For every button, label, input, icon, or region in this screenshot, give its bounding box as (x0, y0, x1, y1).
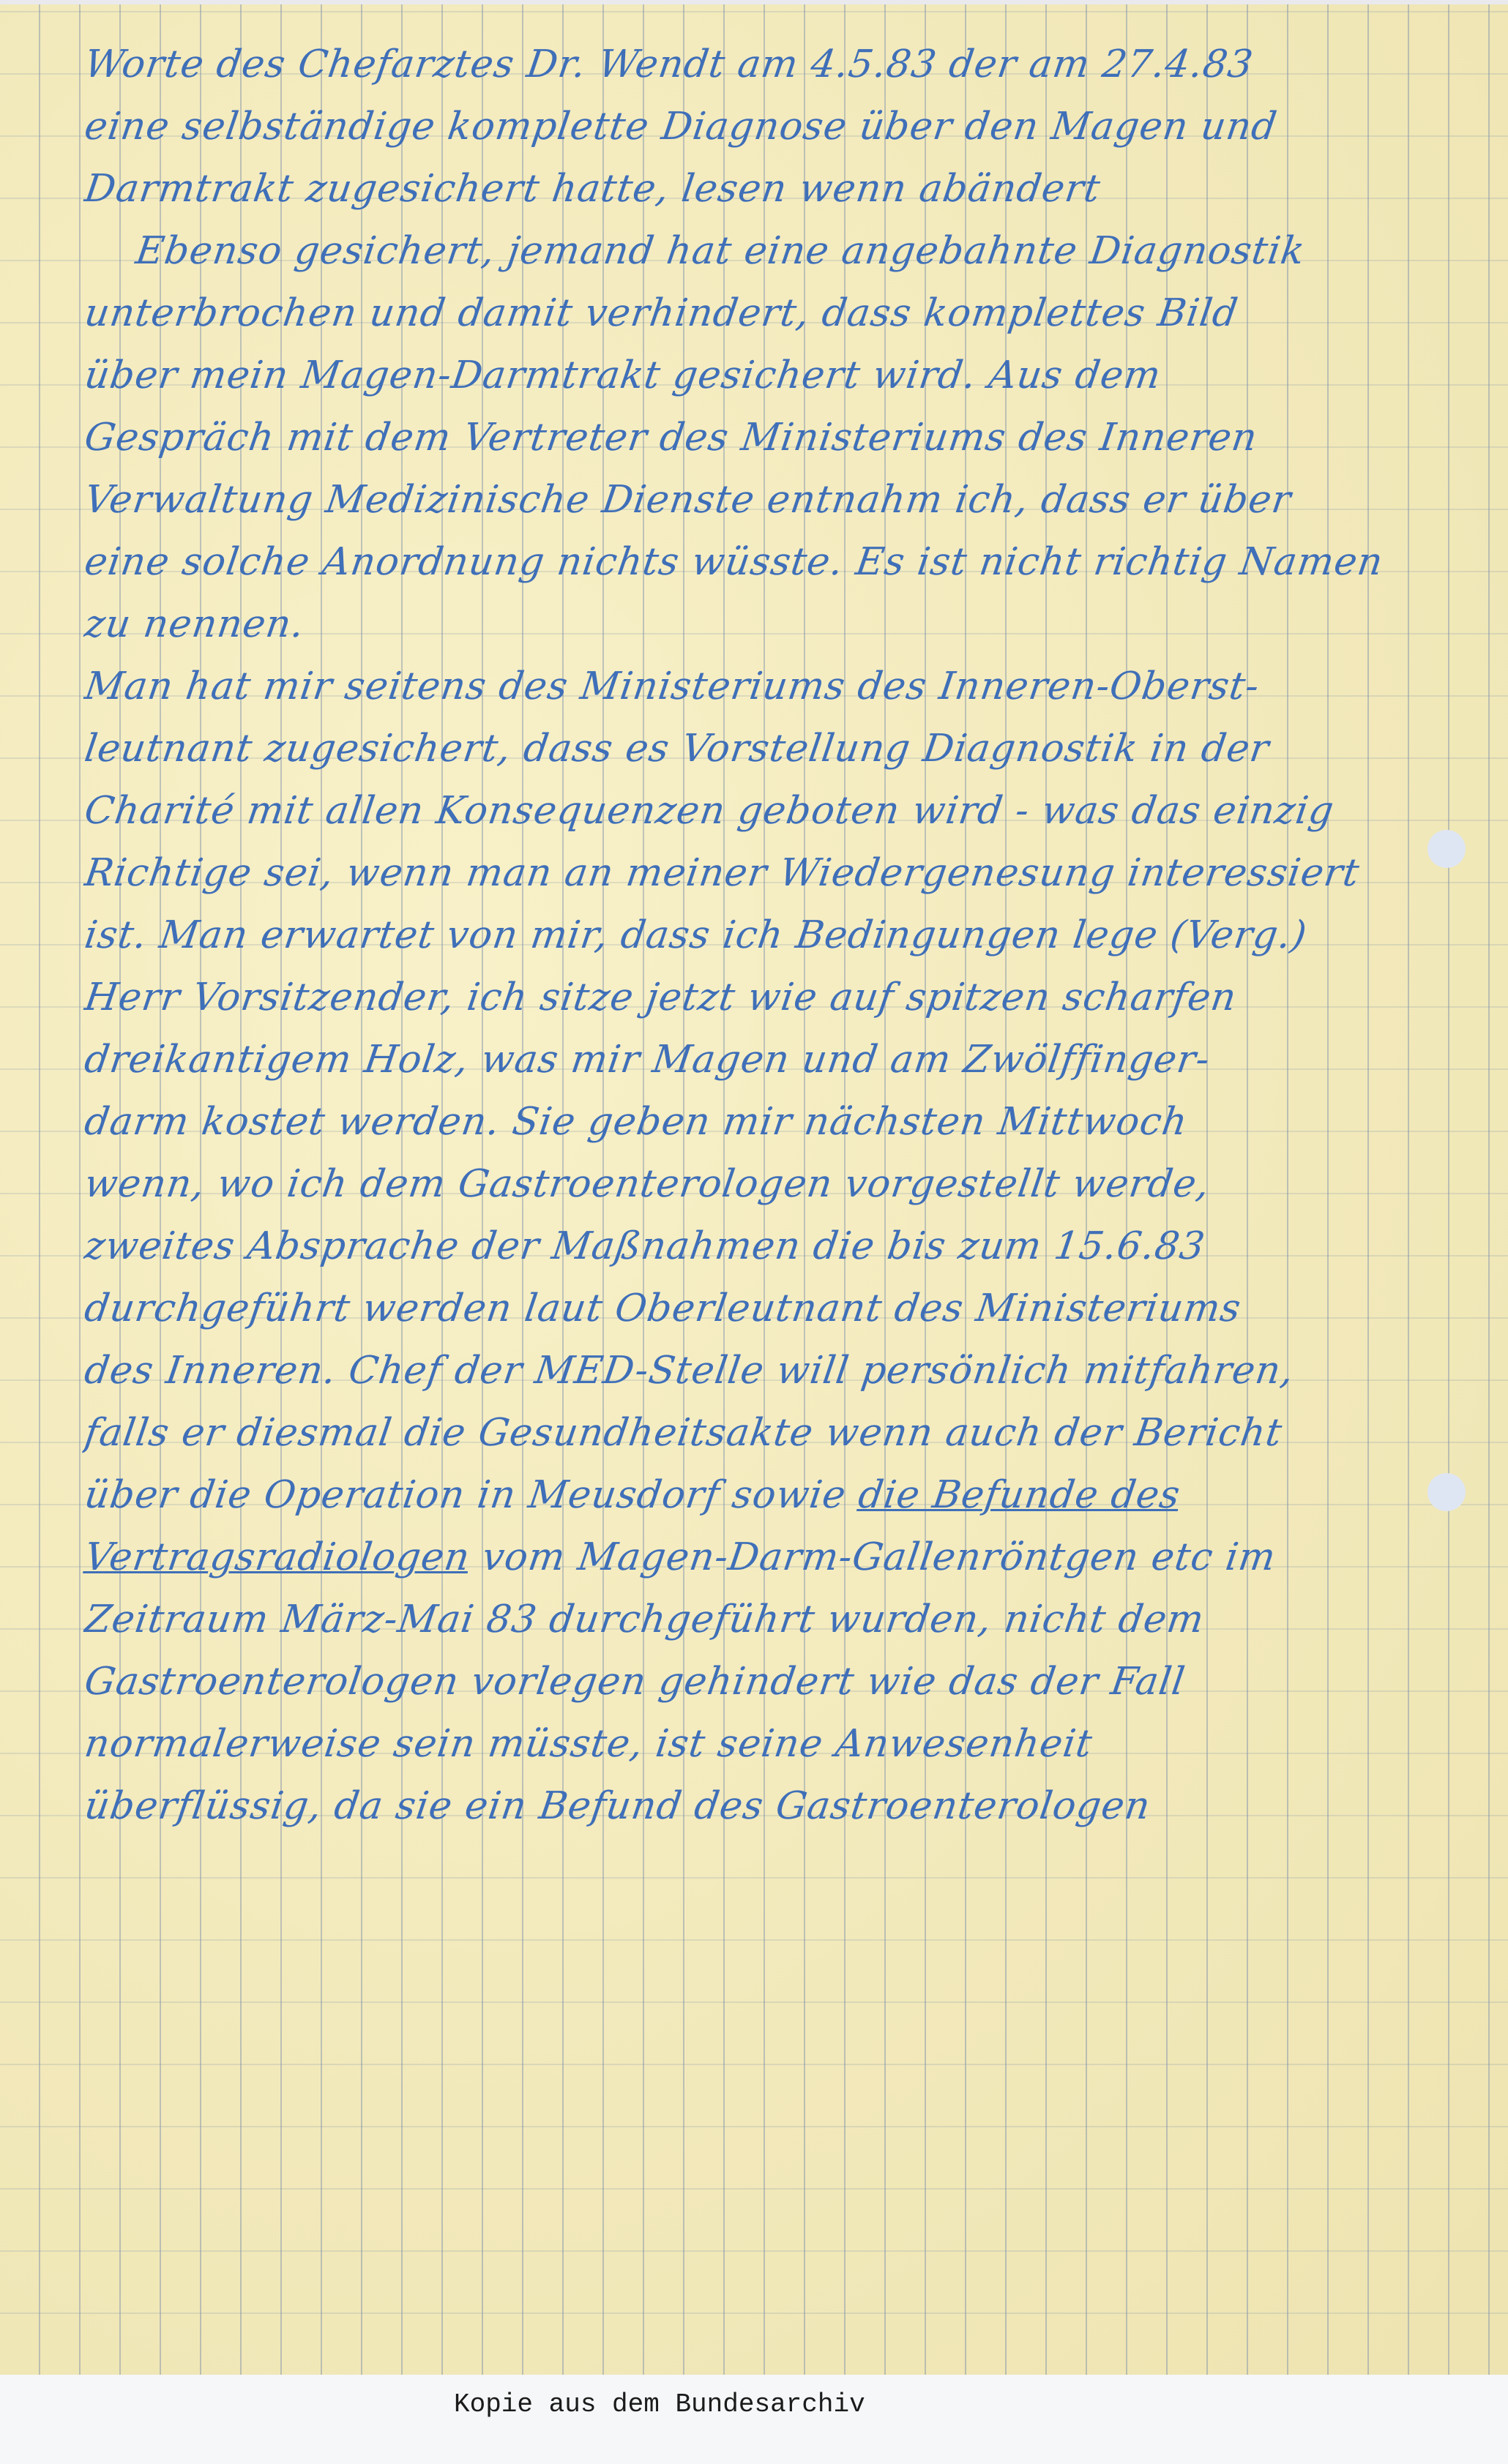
handwritten-line: dreikantigem Holz, was mir Magen und am … (81, 1029, 1466, 1091)
handwritten-line: Vertragsradiologen vom Magen-Darm-Gallen… (81, 1527, 1466, 1589)
handwritten-line: über die Operation in Meusdorf sowie die… (81, 1464, 1466, 1527)
handwritten-line: zu nennen. (81, 593, 1466, 656)
handwritten-line: durchgeführt werden laut Oberleutnant de… (81, 1278, 1466, 1340)
handwritten-line: über mein Magen-Darmtrakt gesichert wird… (81, 345, 1466, 407)
handwritten-line: Darmtrakt zugesichert hatte, lesen wenn … (81, 158, 1466, 220)
handwritten-line: Gespräch mit dem Vertreter des Ministeri… (81, 407, 1466, 469)
handwritten-line: leutnant zugesichert, dass es Vorstellun… (81, 718, 1466, 780)
handwritten-line: überflüssig, da sie ein Befund des Gastr… (81, 1775, 1466, 1838)
handwritten-text-body: Worte des Chefarztes Dr. Wendt am 4.5.83… (81, 34, 1457, 1838)
underlined-phrase: die Befunde des (856, 1473, 1183, 1517)
handwritten-line: falls er diesmal die Gesundheitsakte wen… (81, 1402, 1466, 1464)
handwritten-line: Herr Vorsitzender, ich sitze jetzt wie a… (81, 967, 1466, 1029)
handwritten-line: ist. Man erwartet von mir, dass ich Bedi… (81, 905, 1466, 967)
handwritten-line: darm kostet werden. Sie geben mir nächst… (81, 1091, 1466, 1153)
lined-paper-sheet: Worte des Chefarztes Dr. Wendt am 4.5.83… (0, 0, 1508, 2375)
handwritten-line: Charité mit allen Konsequenzen geboten w… (81, 780, 1466, 842)
handwritten-line: Verwaltung Medizinische Dienste entnahm … (81, 469, 1466, 531)
handwritten-line: eine solche Anordnung nichts wüsste. Es … (81, 531, 1466, 593)
handwritten-line: zweites Absprache der Maßnahmen die bis … (81, 1216, 1466, 1278)
handwritten-line: Man hat mir seitens des Ministeriums des… (81, 656, 1466, 718)
handwritten-line: eine selbständige komplette Diagnose übe… (81, 96, 1466, 158)
handwritten-line: unterbrochen und damit verhindert, dass … (81, 282, 1466, 345)
handwritten-line: wenn, wo ich dem Gastroenterologen vorge… (81, 1153, 1466, 1216)
handwritten-line: Ebenso gesichert, jemand hat eine angeba… (81, 220, 1466, 282)
handwritten-line: Gastroenterologen vorlegen gehindert wie… (81, 1651, 1466, 1713)
archive-footer: Kopie aus dem Bundesarchiv (0, 2375, 1508, 2464)
handwritten-line: des Inneren. Chef der MED-Stelle will pe… (81, 1340, 1466, 1402)
archive-copy-notice: Kopie aus dem Bundesarchiv (454, 2389, 865, 2419)
handwritten-line: normalerweise sein müsste, ist seine Anw… (81, 1713, 1466, 1775)
handwritten-line: Worte des Chefarztes Dr. Wendt am 4.5.83… (81, 34, 1466, 96)
handwritten-line: Richtige sei, wenn man an meiner Wiederg… (81, 842, 1466, 905)
underlined-phrase: Vertragsradiologen (82, 1535, 473, 1579)
handwritten-line: Zeitraum März-Mai 83 durchgeführt wurden… (81, 1589, 1466, 1651)
